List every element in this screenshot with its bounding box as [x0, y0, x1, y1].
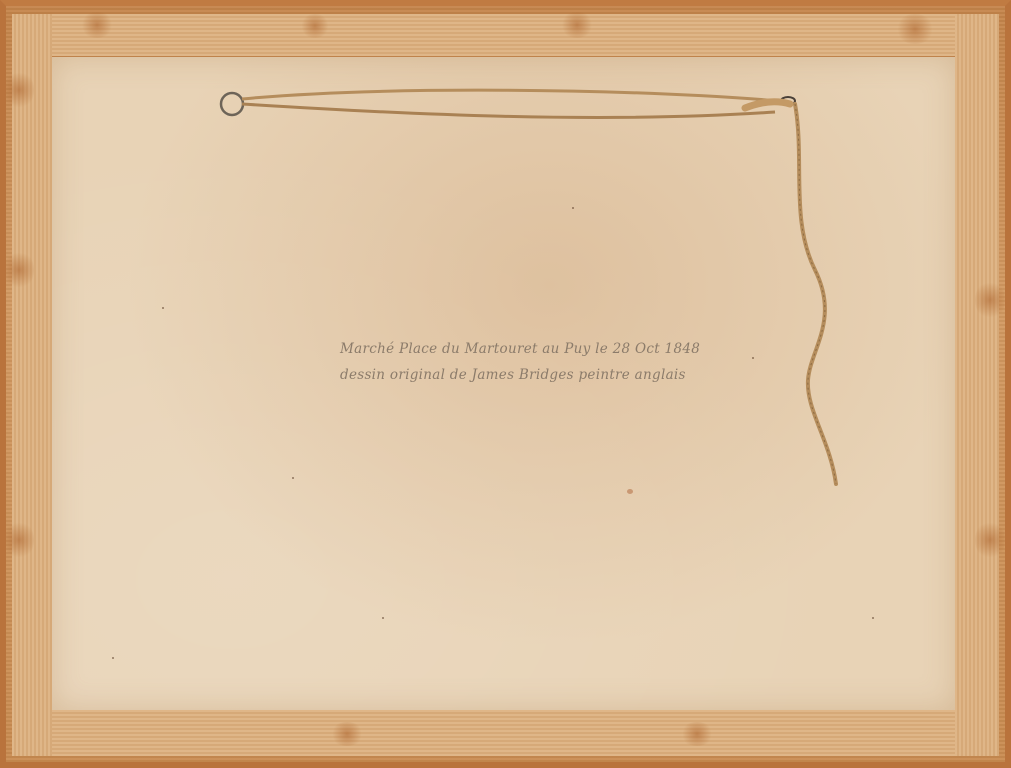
- hanging-cord: [0, 0, 1011, 768]
- picture-frame-back: Marché Place du Martouret au Puy le 28 O…: [0, 0, 1011, 768]
- left-ring-icon: [221, 93, 243, 115]
